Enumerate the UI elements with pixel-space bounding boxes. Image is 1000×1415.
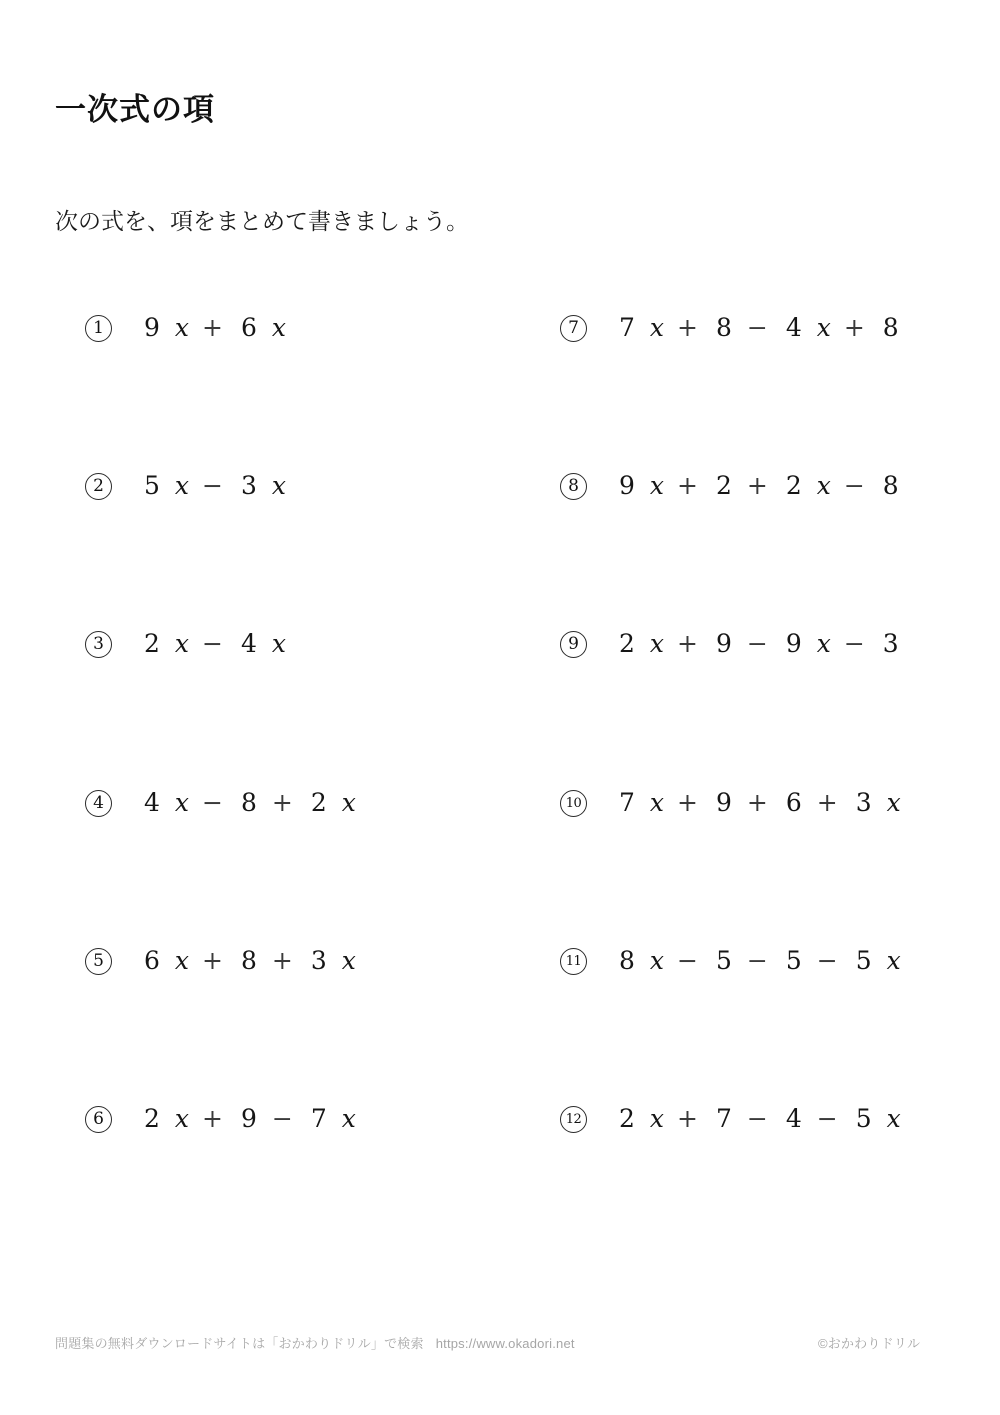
variable-x: x	[817, 313, 831, 343]
number: 2	[144, 1104, 160, 1134]
variable-x: x	[175, 313, 189, 343]
problem-row-12: 122x+7−4−5x	[560, 1103, 914, 1135]
variable-x: x	[650, 946, 664, 976]
operator-minus: −	[817, 1104, 838, 1134]
operator-minus: −	[817, 946, 838, 976]
problem-row-11: 118x−5−5−5x	[560, 945, 914, 977]
variable-x: x	[175, 471, 189, 501]
problem-row-7: 77x+8−4x+8	[560, 312, 899, 344]
variable-x: x	[175, 1104, 189, 1134]
problem-row-3: 32x−4x	[85, 628, 299, 660]
number: 4	[241, 629, 257, 659]
footer-search-text: 問題集の無料ダウンロードサイトは「おかわりドリル」で検索	[55, 1336, 424, 1351]
variable-x: x	[272, 471, 286, 501]
operator-minus: −	[747, 946, 768, 976]
footer-url: https://www.okadori.net	[436, 1336, 575, 1351]
problem-row-10: 107x+9+6+3x	[560, 787, 914, 819]
operator-plus: +	[202, 946, 223, 976]
number: 9	[786, 629, 802, 659]
number: 5	[144, 471, 160, 501]
number: 9	[144, 313, 160, 343]
number: 4	[786, 1104, 802, 1134]
page-title: 一次式の項	[55, 84, 215, 129]
number: 9	[716, 629, 732, 659]
operator-minus: −	[202, 788, 223, 818]
number: 7	[619, 788, 635, 818]
operator-minus: −	[677, 946, 698, 976]
problem-number-badge: 9	[560, 631, 587, 658]
number: 8	[619, 946, 635, 976]
number: 2	[619, 629, 635, 659]
problem-row-5: 56x+8+3x	[85, 945, 369, 977]
variable-x: x	[887, 788, 901, 818]
number: 9	[241, 1104, 257, 1134]
problem-number-badge: 10	[560, 790, 587, 817]
variable-x: x	[272, 629, 286, 659]
number: 8	[716, 313, 732, 343]
number: 9	[716, 788, 732, 818]
operator-plus: +	[844, 313, 865, 343]
variable-x: x	[650, 1104, 664, 1134]
variable-x: x	[650, 471, 664, 501]
number: 2	[144, 629, 160, 659]
variable-x: x	[650, 788, 664, 818]
variable-x: x	[887, 1104, 901, 1134]
number: 4	[144, 788, 160, 818]
problem-number-badge: 4	[85, 790, 112, 817]
number: 3	[883, 629, 899, 659]
problem-row-9: 92x+9−9x−3	[560, 628, 899, 660]
number: 8	[241, 788, 257, 818]
variable-x: x	[817, 629, 831, 659]
problem-number-badge: 1	[85, 315, 112, 342]
problem-number-badge: 7	[560, 315, 587, 342]
number: 8	[241, 946, 257, 976]
number: 9	[619, 471, 635, 501]
number: 5	[716, 946, 732, 976]
number: 5	[856, 1104, 872, 1134]
operator-minus: −	[272, 1104, 293, 1134]
problem-number-badge: 3	[85, 631, 112, 658]
number: 2	[619, 1104, 635, 1134]
number: 3	[311, 946, 327, 976]
operator-plus: +	[677, 1104, 698, 1134]
problem-number-badge: 5	[85, 948, 112, 975]
variable-x: x	[887, 946, 901, 976]
problem-number-badge: 12	[560, 1106, 587, 1133]
problem-row-4: 44x−8+2x	[85, 787, 369, 819]
variable-x: x	[817, 471, 831, 501]
number: 4	[786, 313, 802, 343]
number: 2	[311, 788, 327, 818]
operator-plus: +	[272, 946, 293, 976]
problem-row-8: 89x+2+2x−8	[560, 470, 899, 502]
operator-minus: −	[202, 629, 223, 659]
number: 6	[786, 788, 802, 818]
number: 2	[716, 471, 732, 501]
number: 8	[883, 313, 899, 343]
number: 2	[786, 471, 802, 501]
operator-plus: +	[817, 788, 838, 818]
number: 6	[144, 946, 160, 976]
operator-minus: −	[747, 629, 768, 659]
operator-plus: +	[677, 471, 698, 501]
footer-site-note: 問題集の無料ダウンロードサイトは「おかわりドリル」で検索https://www.…	[55, 1333, 575, 1352]
variable-x: x	[342, 946, 356, 976]
footer-copyright: ©おかわりドリル	[818, 1333, 920, 1352]
problem-row-6: 62x+9−7x	[85, 1103, 369, 1135]
operator-plus: +	[202, 1104, 223, 1134]
problem-row-1: 19x+6x	[85, 312, 299, 344]
variable-x: x	[175, 629, 189, 659]
number: 5	[786, 946, 802, 976]
operator-plus: +	[677, 313, 698, 343]
variable-x: x	[650, 629, 664, 659]
operator-plus: +	[677, 788, 698, 818]
operator-minus: −	[844, 629, 865, 659]
variable-x: x	[342, 788, 356, 818]
operator-plus: +	[677, 629, 698, 659]
worksheet-page: 一次式の項 次の式を、項をまとめて書きましょう。 19x+6x25x−3x32x…	[0, 0, 1000, 1415]
variable-x: x	[175, 946, 189, 976]
operator-plus: +	[747, 788, 768, 818]
problem-number-badge: 6	[85, 1106, 112, 1133]
variable-x: x	[272, 313, 286, 343]
operator-minus: −	[844, 471, 865, 501]
number: 7	[716, 1104, 732, 1134]
number: 5	[856, 946, 872, 976]
number: 3	[241, 471, 257, 501]
operator-plus: +	[272, 788, 293, 818]
problem-number-badge: 8	[560, 473, 587, 500]
variable-x: x	[650, 313, 664, 343]
problem-number-badge: 2	[85, 473, 112, 500]
operator-minus: −	[747, 313, 768, 343]
number: 8	[883, 471, 899, 501]
problem-row-2: 25x−3x	[85, 470, 299, 502]
variable-x: x	[175, 788, 189, 818]
number: 7	[311, 1104, 327, 1134]
operator-plus: +	[747, 471, 768, 501]
number: 7	[619, 313, 635, 343]
operator-minus: −	[747, 1104, 768, 1134]
variable-x: x	[342, 1104, 356, 1134]
operator-plus: +	[202, 313, 223, 343]
problem-number-badge: 11	[560, 948, 587, 975]
number: 3	[856, 788, 872, 818]
instruction-text: 次の式を、項をまとめて書きましょう。	[55, 203, 469, 236]
operator-minus: −	[202, 471, 223, 501]
number: 6	[241, 313, 257, 343]
